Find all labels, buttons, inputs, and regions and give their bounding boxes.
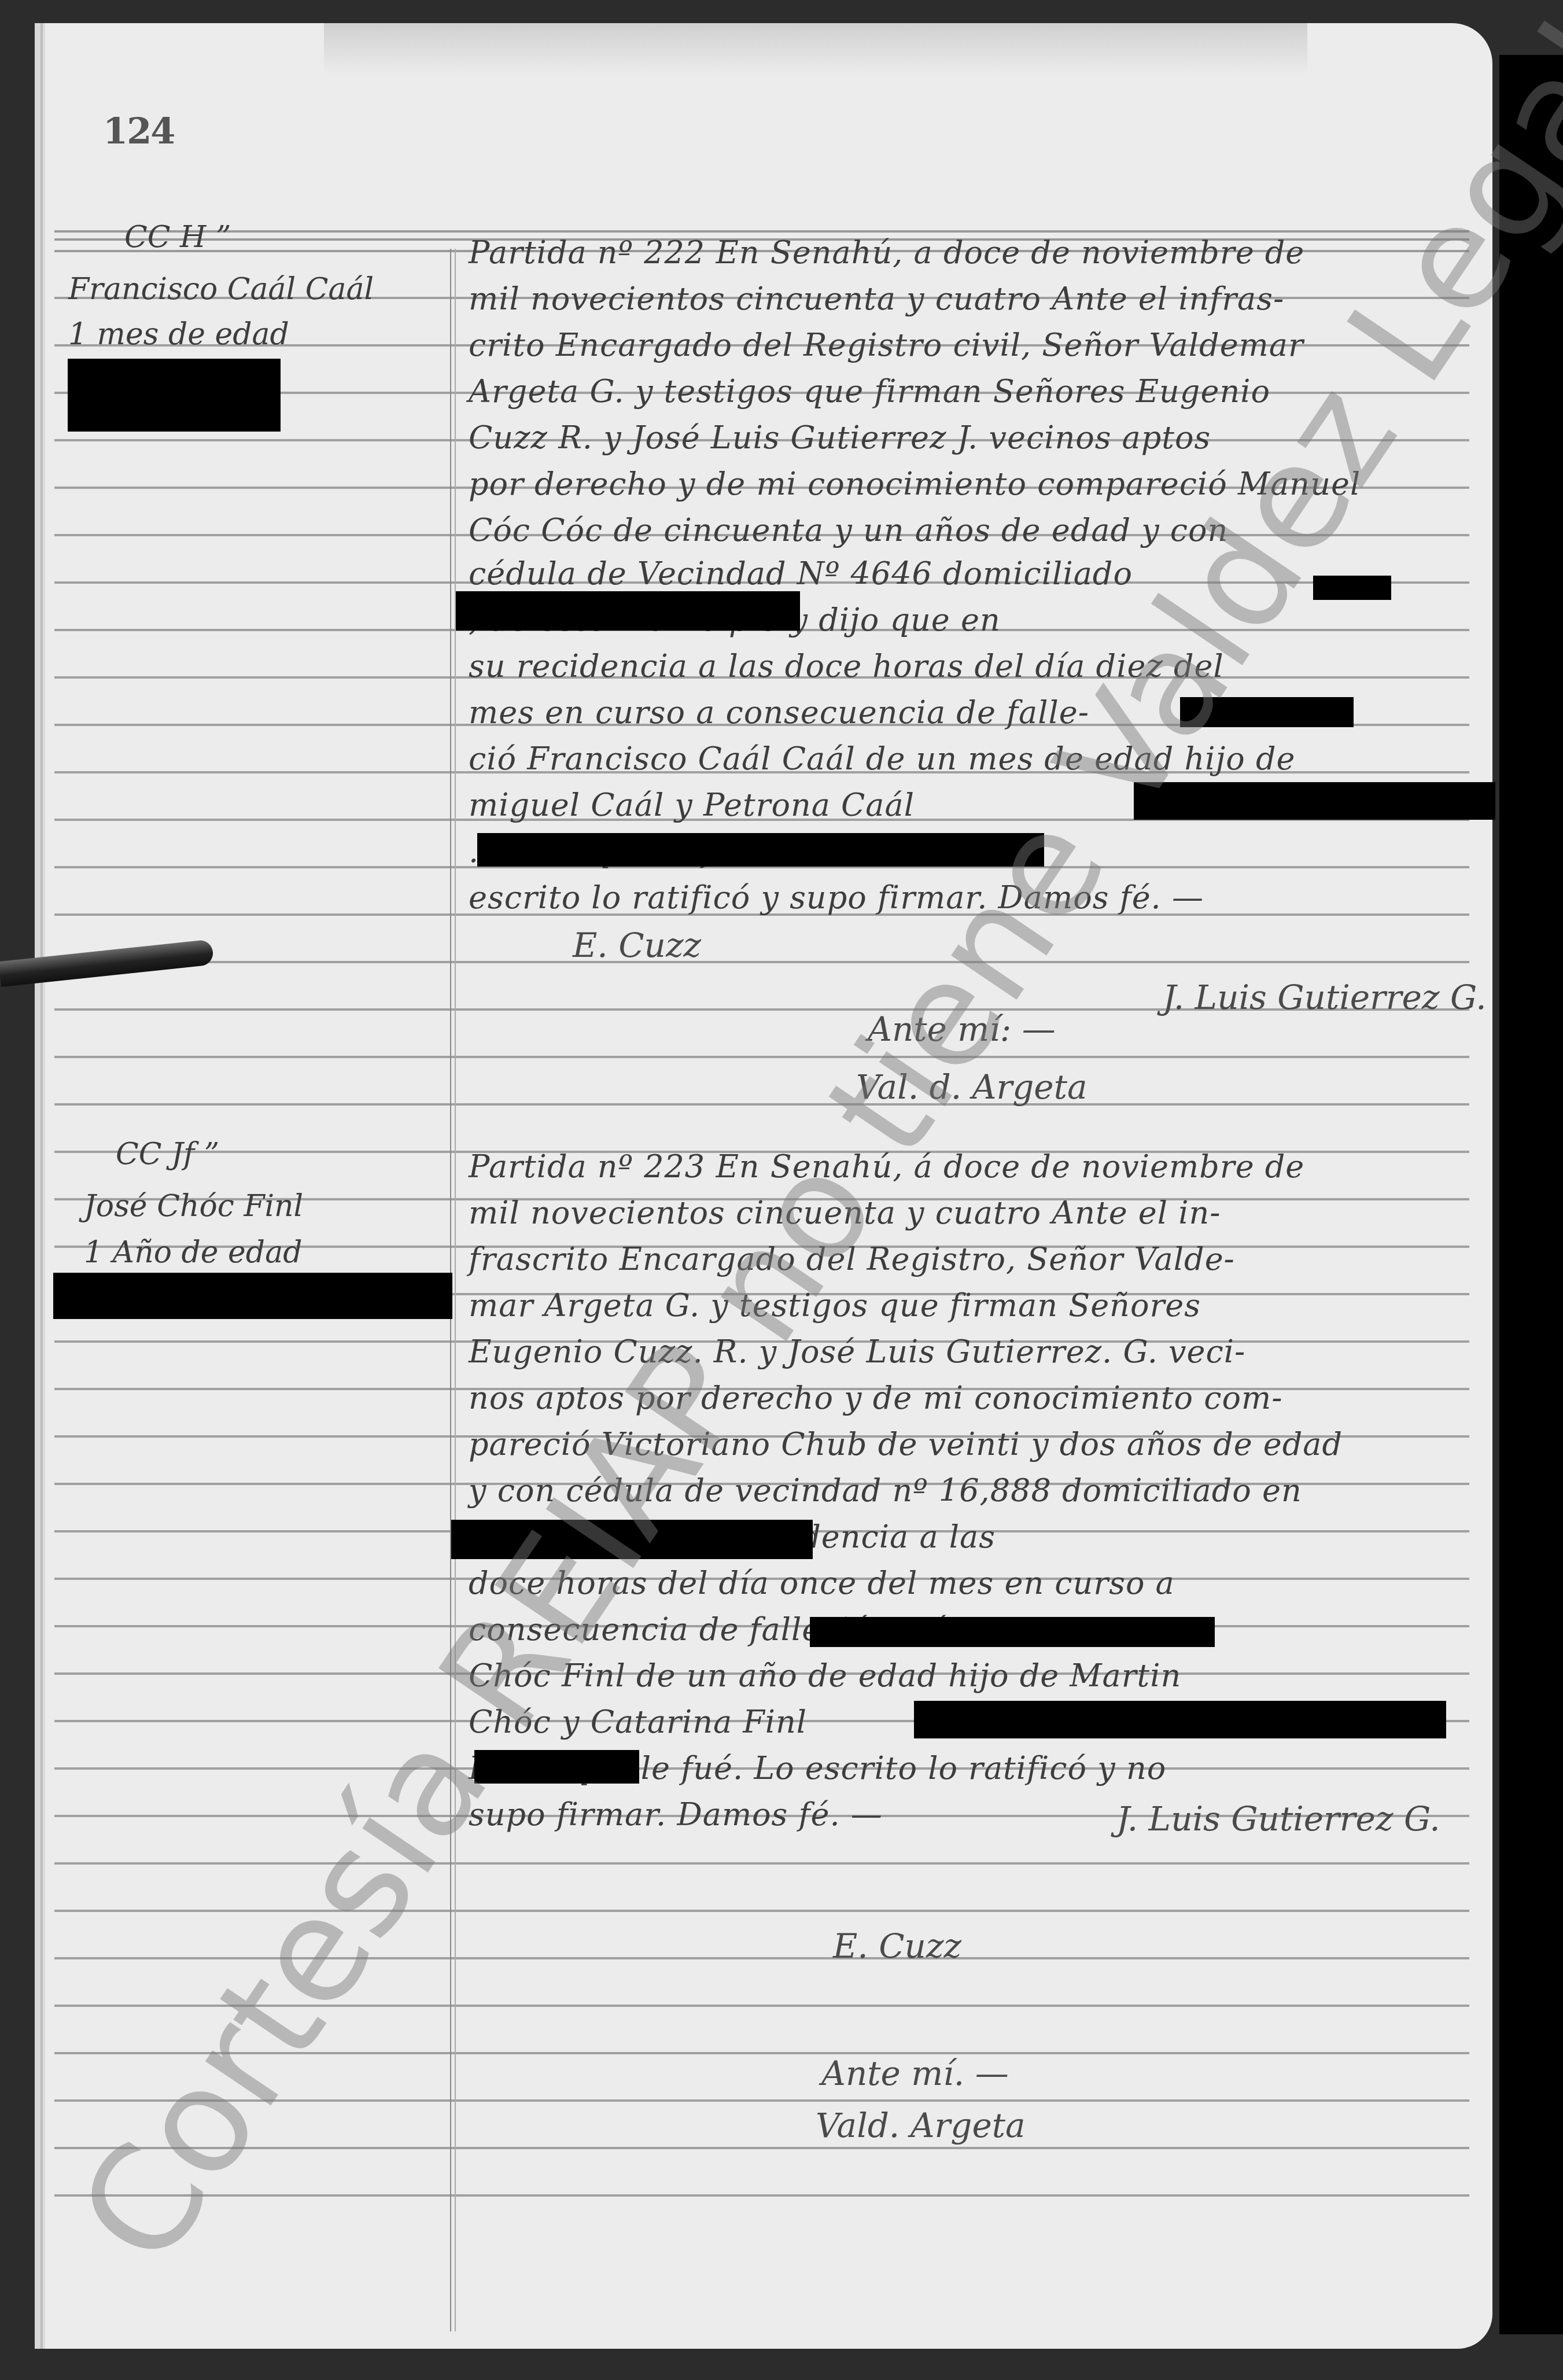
redaction-block [810, 1617, 1215, 1647]
redaction-block [1313, 576, 1391, 600]
entry-1-line: miguel Caál y Petrona Caál [469, 787, 915, 823]
redaction-block [456, 591, 800, 631]
redaction-block [53, 1273, 452, 1319]
entry-1-line: crito Encargado del Registro civil, Seño… [469, 327, 1304, 363]
entry-1-line: Argeta G. y testigos que firman Señores … [469, 373, 1270, 410]
entry-2-line: pareció Victoriano Chub de veinti y dos … [469, 1426, 1343, 1462]
entry-2-age: 1 Año de edad [84, 1235, 302, 1270]
entry-1-line: cédula de Vecindad Nº 4646 domiciliado [469, 555, 1133, 592]
redaction-block [451, 1520, 813, 1559]
entry-1-line: mil novecientos cincuenta y cuatro Ante … [469, 281, 1284, 317]
entry-1-line: Cuzz R. y José Luis Gutierrez J. vecinos… [469, 419, 1211, 456]
redaction-block [68, 359, 281, 432]
entry-2-line: mar Argeta G. y testigos que firman Seño… [469, 1287, 1201, 1324]
page-number: 124 [103, 110, 174, 152]
water-stain [324, 23, 1307, 75]
entry-2-line: Eugenio Cuzz. R. y José Luis Gutierrez. … [469, 1333, 1245, 1370]
entry-2-line: supo firmar. Damos fé. — [469, 1796, 883, 1833]
entry-2-witness-signature: J. Luis Gutierrez G. [1116, 1799, 1440, 1839]
entry-2-line: frascrito Encargado del Registro, Señor … [469, 1241, 1235, 1277]
entry-1-ante-mi: Ante mí: — [868, 1010, 1056, 1049]
redaction-block [474, 1750, 639, 1784]
entry-2-code: CC Jf ” [116, 1137, 219, 1171]
entry-2-ante-mi: Ante mí. — [821, 2054, 1009, 2093]
entry-2-line: Chóc y Catarina Finl [469, 1704, 807, 1740]
entry-2-witness-signature: E. Cuzz [833, 1926, 961, 1966]
entry-1-witness-signature: E. Cuzz [573, 926, 701, 965]
entry-2-line: y con cédula de vecindad nº 16,888 domic… [469, 1472, 1302, 1509]
entry-2-name: José Chóc Finl [84, 1189, 303, 1224]
redaction-block [1180, 697, 1354, 727]
entry-1-line: Cóc Cóc de cincuenta y un años de edad y… [469, 512, 1228, 548]
entry-1-witness-signature: J. Luis Gutierrez G. [1163, 978, 1487, 1017]
entry-1-line: Partida nº 222 En Senahú, a doce de novi… [469, 234, 1304, 271]
entry-1-line: mes en curso a consecuencia de falle- [469, 694, 1089, 731]
entry-2-line: nos aptos por derecho y de mi conocimien… [469, 1380, 1282, 1416]
entry-2-line: mil novecientos cincuenta y cuatro Ante … [469, 1195, 1221, 1231]
entry-1-name: Francisco Caál Caál [68, 272, 374, 307]
redaction-block [1134, 782, 1495, 820]
entry-2-line: Chóc Finl de un año de edad hijo de Mart… [469, 1657, 1181, 1694]
entry-2-line: Partida nº 223 En Senahú, á doce de novi… [469, 1148, 1304, 1185]
entry-1-code: CC H ” [124, 220, 231, 255]
entry-1-line: escrito lo ratificó y supo firmar. Damos… [469, 879, 1204, 916]
redaction-strip [1499, 55, 1563, 2334]
entry-1-line: ció Francisco Caál Caál de un mes de eda… [469, 740, 1295, 777]
entry-1-age: 1 mes de edad [68, 317, 289, 352]
entry-1-registrar-signature: Val. d. Argeta [856, 1067, 1088, 1107]
redaction-block [477, 833, 1044, 867]
entry-2-registrar-signature: Vald. Argeta [816, 2106, 1026, 2145]
entry-1-line: por derecho y de mi conocimiento compare… [469, 466, 1361, 502]
redaction-block [914, 1701, 1446, 1738]
entry-1-line: su recidencia a las doce horas del día d… [469, 648, 1224, 684]
entry-2-line: doce horas del día once del mes en curso… [469, 1565, 1175, 1601]
